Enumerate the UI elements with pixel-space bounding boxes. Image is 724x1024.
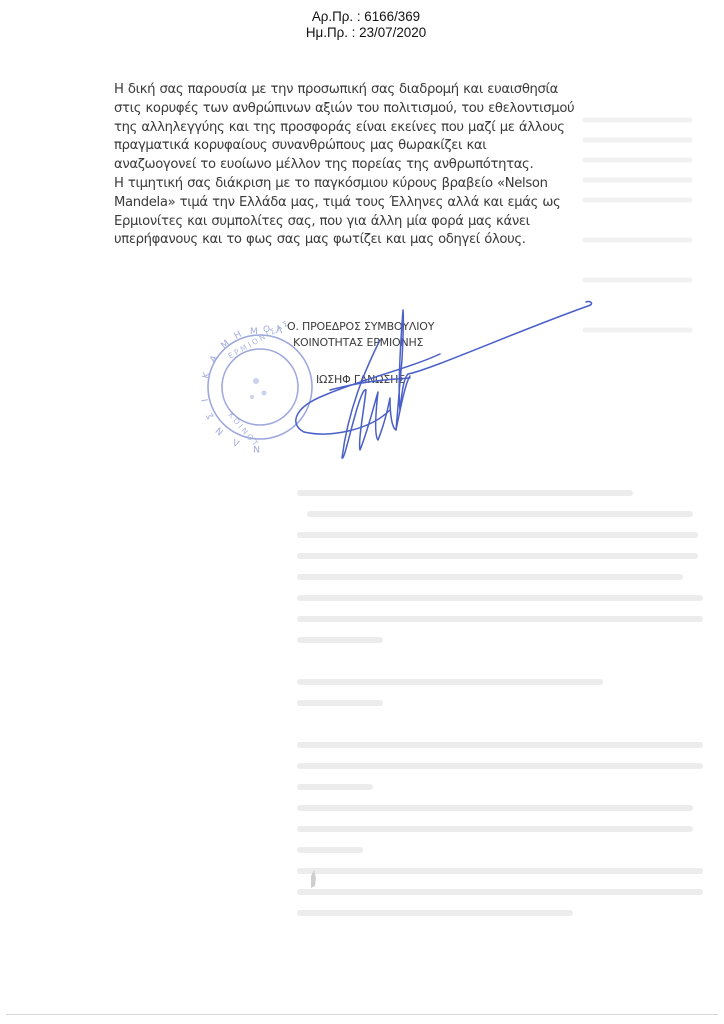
letter-line: Η τιμητική σας διάκριση με το παγκόσμιου… — [114, 175, 674, 194]
svg-text:Λ: Λ — [231, 436, 241, 448]
letter-line: στις κορυφές των ανθρώπινων αξιών του πο… — [114, 100, 674, 119]
page-bottom-edge — [6, 1014, 718, 1015]
protocol-date: Ημ.Πρ. : 23/07/2020 — [0, 25, 724, 41]
letter-line: Η δική σας παρουσία με την προσωπική σας… — [114, 81, 674, 100]
svg-text:Ν: Ν — [214, 424, 226, 436]
letter-body: Η δική σας παρουσία με την προσωπική σας… — [114, 81, 674, 250]
svg-text:Κ Ο Ι Ν Ο Τ: Κ Ο Ι Ν Ο Τ — [226, 411, 260, 449]
letter-line: Ερμιονίτες και συμπολίτες σας, που για ά… — [114, 213, 674, 232]
svg-text:Ι: Ι — [201, 398, 211, 402]
protocol-header: Αρ.Πρ. : 6166/369 Ημ.Πρ. : 23/07/2020 — [0, 9, 724, 41]
svg-text:Μ: Μ — [220, 339, 232, 352]
letter-line: πραγματικά κορυφαίους συνανθρώπους μας θ… — [114, 137, 674, 156]
letter-line: της αλληλεγγύης και της προσφοράς είναι … — [114, 119, 674, 138]
protocol-number: Αρ.Πρ. : 6166/369 — [0, 9, 724, 25]
svg-text:Η: Η — [233, 330, 244, 342]
letter-line: αναζωογονεί το ευοίωνο μέλλον της πορεία… — [114, 156, 674, 175]
letter-line: Mandela» τιμά την Ελλάδα μας, τιμά τους … — [114, 194, 674, 213]
handwritten-signature-icon — [270, 290, 600, 470]
letter-line: υπερήφανους και το φως σας μας φωτίζει κ… — [114, 231, 674, 250]
